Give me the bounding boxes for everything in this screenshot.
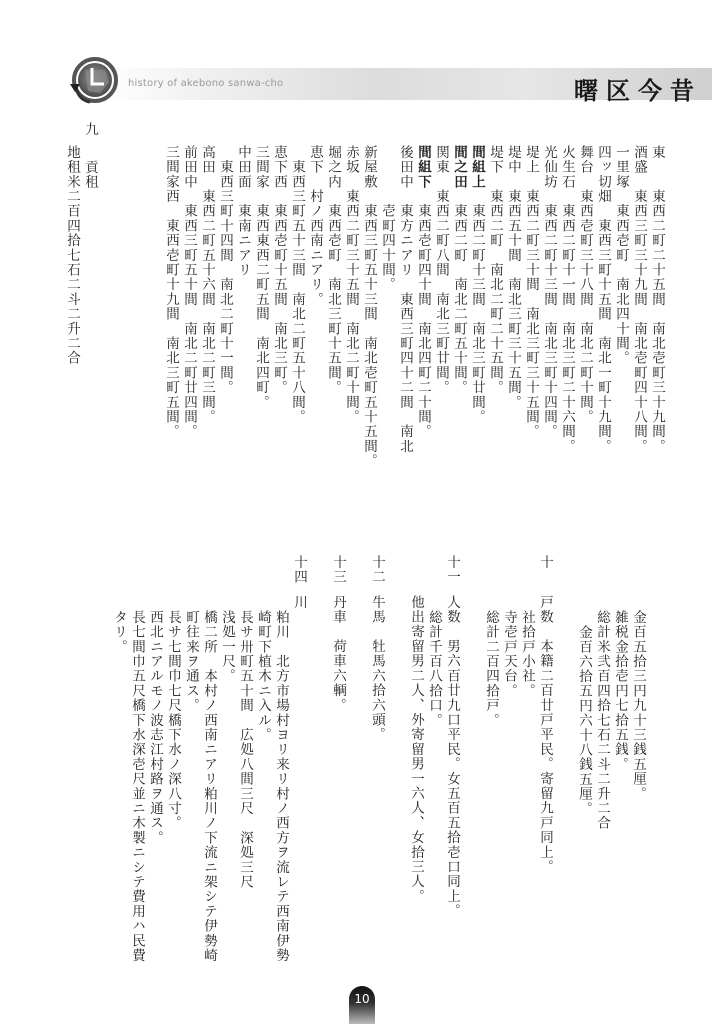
text-column: 十三 (329, 555, 347, 584)
text-column: 西北ニアルモノ波志江村路ヲ通ス。 (146, 610, 164, 845)
text-column: 十二 (368, 555, 386, 584)
text-column: 中田面 東南ニアリ (234, 145, 252, 277)
text-column: 東 東西二町二十五間 南北壱町三十九間。 (648, 145, 666, 454)
text-column: 堀之内 東西壱町 南北三町十五間。 (324, 145, 342, 395)
text-column: 人数 男六百廿九口平民。女五百五拾壱口同上。 (443, 595, 461, 918)
column-body: 東西二町 南北二町五十間。 (451, 189, 467, 395)
text-column: 十四 (290, 555, 308, 584)
page-header: history of akebono sanwa-cho 曙区今昔 (0, 0, 724, 120)
column-body: 東西二町十三間 南北三町廿間。 (469, 189, 485, 424)
text-column: 堤下 東西二町 南北二町二十五間。 (486, 145, 504, 395)
text-column: 長サ卅町五十間 広処八間三尺 深処三尺 (236, 610, 254, 889)
text-column: 雑税金拾壱円七拾五銭。 (611, 610, 629, 772)
text-column: 長サ七間巾七尺橋下水ノ深八寸。 (164, 610, 182, 831)
page-title: 曙区今昔 (574, 71, 702, 106)
text-column: 金百六拾五円六十八銭五厘。 (575, 625, 593, 816)
text-column: 長七間巾五尺橋下水深壱尺並ニ木製ニシテ費用ハ民費 (128, 610, 146, 963)
page-number: 10 (349, 986, 375, 1006)
text-column: 間組上 東西二町十三間 南北三町廿間。 (468, 145, 486, 424)
text-column: 一里塚 東西壱町 南北四十間。 (612, 145, 630, 366)
text-column: 社拾戸小社。 (518, 610, 536, 698)
text-column: 九 (81, 122, 99, 137)
column-heading: 間組上 (469, 145, 485, 189)
text-column: 十 (536, 555, 554, 570)
clock-history-icon (68, 56, 120, 108)
column-body: 東西壱町四十間 南北四町二十間。 (415, 189, 431, 439)
text-column: 浅処一尺。 (218, 610, 236, 684)
text-column: 総計米弐百四拾七石二斗二升二合 (593, 610, 611, 831)
text-column: 高田 東西二町五十六間 南北二町三間。 (198, 145, 216, 424)
text-column: 貢租 (81, 160, 99, 189)
text-column: 関東 東西二町八間 南北三町廿間。 (432, 145, 450, 395)
text-column: 東西三町五十三間 南北二町五十八間。 (288, 145, 306, 424)
text-column: 東西三町十四間 南北二町十一間。 (216, 145, 234, 395)
text-column: 舞台 東西壱町三十八間 南北二町十間。 (576, 145, 594, 424)
text-column: 川 (290, 595, 308, 610)
text-column: 寺壱戸天台。 (500, 610, 518, 698)
text-column: 総計二百四拾戸。 (482, 610, 500, 728)
text-column: 十一 (443, 555, 461, 584)
text-column: 地租米二百四拾七石二斗二升二合 (63, 145, 81, 366)
text-column: タリ。 (110, 610, 128, 654)
text-column: 総計千百八拾口。 (425, 610, 443, 728)
text-column: 壱町四十間。 (378, 145, 396, 292)
text-column: 堤上 東西二町三十間 南北三町三十五間。 (522, 145, 540, 439)
header-subtitle: history of akebono sanwa-cho (128, 78, 283, 89)
text-column: 橋二所 本村ノ西南ニアリ粕川ノ下流ニ架シテ伊勢崎 (200, 610, 218, 963)
text-column: 恵下西 東西壱町十五間 南北三町。 (270, 145, 288, 395)
text-column: 前田中 東西三町五十間 南北二町廿四間。 (180, 145, 198, 439)
column-heading: 間組下 (415, 145, 431, 189)
text-column: 後田中 東方ニアリ 東西三町四十二間 南北 (396, 145, 414, 454)
text-column: 戸数 本籍二百廿戸平民。寄留九戸同上。 (536, 595, 554, 874)
page-number-tab: 10 (349, 986, 375, 1024)
text-column: 金百五拾三円九十三銭五厘。 (629, 610, 647, 801)
text-column: 恵下 村ノ西南ニアリ。 (306, 145, 324, 307)
text-column: 四ッ切畑 東西三町十五間 南北一町十九間。 (594, 145, 612, 454)
text-column: 堤中 東西五十間 南北三町三十五間。 (504, 145, 522, 410)
text-column: 間組下 東西壱町四十間 南北四町二十間。 (414, 145, 432, 439)
text-column: 牛馬 牡馬六拾六頭。 (368, 595, 386, 742)
text-column: 赤坂 東西二町三十五間 南北二町十間。 (342, 145, 360, 424)
text-column: 新屋敷 東西三町五十三間 南北壱町五十五間。 (360, 145, 378, 468)
text-column: 丹車 荷車六輌。 (329, 595, 347, 713)
text-column: 火生石 東西二町十一間 南北三町二十六間。 (558, 145, 576, 454)
text-column: 町往来ヲ通ス。 (182, 610, 200, 713)
text-column: 光仙坊 東西二町十三間 南北三町十四間。 (540, 145, 558, 439)
column-heading: 間之田 (451, 145, 467, 189)
text-column: 粕川 北方市場村ヨリ来リ村ノ西方ヲ流レテ西南伊勢 (272, 610, 290, 963)
text-column: 三間家西 東西壱町十九間 南北三町五間。 (162, 145, 180, 439)
text-column: 他出寄留男二人、外寄留男一六人、女拾三人。 (407, 595, 425, 904)
text-column: 崎町下植木ニ入ル。 (254, 610, 272, 742)
text-column: 酒盛 東西三町三十九間 南北壱町四十八間。 (630, 145, 648, 454)
text-column: 三間家 東西東西二町五間 南北四町。 (252, 145, 270, 410)
text-column: 間之田 東西二町 南北二町五十間。 (450, 145, 468, 395)
